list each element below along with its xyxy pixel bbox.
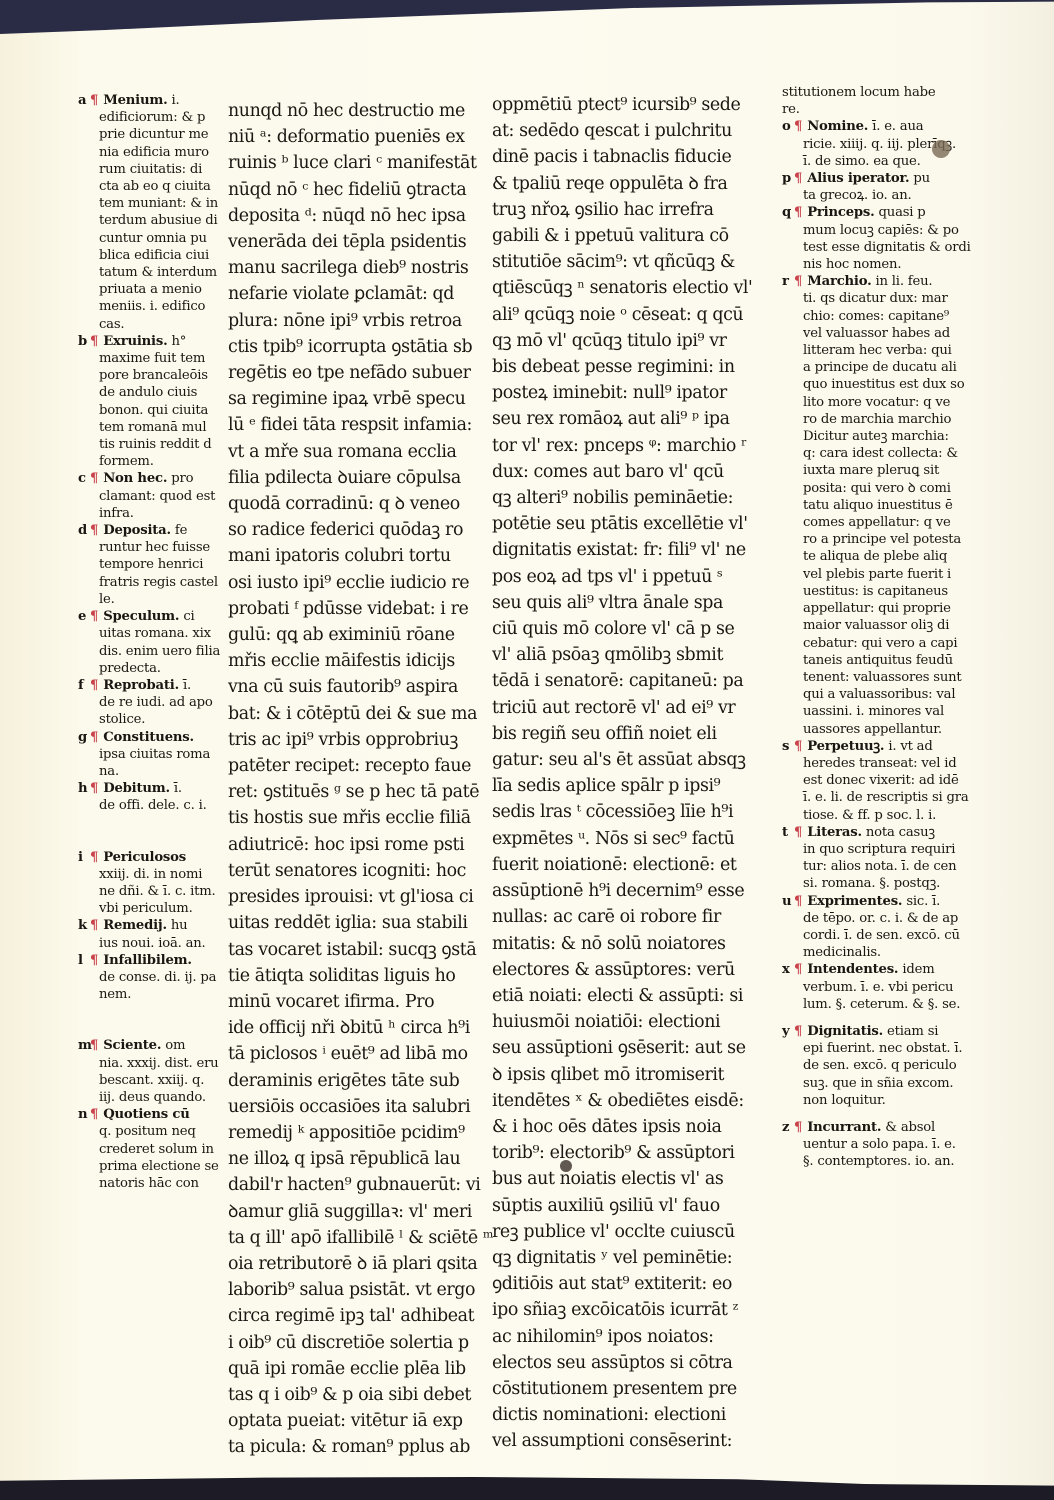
text-line: electores & assūptores: verū <box>492 957 777 983</box>
note-letter: b <box>78 333 90 350</box>
pilcrow-icon: ¶ <box>794 894 802 909</box>
text-line: qui a valuassoribus: val <box>803 686 987 703</box>
lemma: Exprimentes. <box>807 894 902 909</box>
text-line: infra. <box>99 505 218 522</box>
gloss-note-head: t¶Literas. nota casuꝫ <box>782 824 987 841</box>
text-line: meniis. i. edifico <box>99 298 218 315</box>
text-line: dignitatis existat: fr: fili⁹ vl' ne <box>492 537 777 563</box>
lemma: Remedij. <box>103 918 167 933</box>
gloss-note-z: z¶Incurrant. & absoluentur a solo papa. … <box>782 1119 987 1171</box>
lemma-tail: pu <box>913 171 930 186</box>
text-line: vel assumptioni consēserint: <box>492 1428 777 1454</box>
text-line: bis debeat pesse regimini: in <box>492 354 777 380</box>
text-line: xxiij. di. in nomi <box>99 866 218 883</box>
text-line: qꝫ dignitatis ʸ vel peminētie: <box>492 1245 777 1271</box>
lemma-tail: i. <box>172 93 180 108</box>
text-line: quo inuestitus est dux so <box>803 376 987 393</box>
gloss-continuation-line: stitutionem locum habe <box>782 84 987 101</box>
pilcrow-icon: ¶ <box>90 609 98 624</box>
text-line: optata pueiat: vitētur iā exp <box>228 1408 486 1434</box>
text-line: truꝫ nřoꝝ ꝯsilio hac irrefra <box>492 197 777 223</box>
text-line: tem muniant: & in <box>99 195 218 212</box>
text-line: tor vl' rex: pnceps ᵠ: marchio ʳ <box>492 433 777 459</box>
lemma: Literas. <box>807 825 862 840</box>
gloss-note-head: e¶Speculum. ci <box>78 608 218 625</box>
text-line: vt a mře sua romana ecclia <box>228 439 486 465</box>
pilcrow-icon: ¶ <box>90 1038 98 1053</box>
lemma-tail: nota casuꝫ <box>866 825 935 840</box>
text-line: qtiēscūqꝫ ⁿ senatoris electio vl' <box>492 275 777 301</box>
gloss-note-head: g¶Constituens. <box>78 729 218 746</box>
text-line: uestitus: is capitaneus <box>803 583 987 600</box>
text-line: vna cū suis fautorib⁹ aspira <box>228 674 486 700</box>
text-line: ta q ill' apō ifallibilē ˡ & sciētē ᵐ <box>228 1225 486 1251</box>
text-line: ī. e. li. de rescriptis si gra <box>803 789 987 806</box>
gloss-note-a: a¶Menium. i.edificiorum: & pprie dicuntu… <box>78 92 218 333</box>
text-line: adiutricē: hoc ipsi rome psti <box>228 832 486 858</box>
gloss-note-head: f¶Reprobati. ī. <box>78 677 218 694</box>
lemma: Constituens. <box>103 730 194 745</box>
text-line: cordi. ī. de sen. excō. cū <box>803 927 987 944</box>
pilcrow-icon: ¶ <box>90 781 98 796</box>
text-line: non loquitur. <box>803 1092 987 1109</box>
text-line: ctis tpib⁹ icorrupta ꝯstātia sb <box>228 334 486 360</box>
scan-shadow-bottom <box>0 1468 1054 1500</box>
text-line: litteram hec verba: qui <box>803 342 987 359</box>
note-letter: z <box>782 1119 794 1136</box>
text-line: & i hoc oēs dātes ipsis noia <box>492 1114 777 1140</box>
text-line: verbum. ī. e. vbi pericu <box>803 979 987 996</box>
text-line: patēter recipet: recepto faue <box>228 753 486 779</box>
text-line: formem. <box>99 453 218 470</box>
text-line: a principe de ducatu ali <box>803 359 987 376</box>
text-line: de re iudi. ad apo <box>99 694 218 711</box>
text-line: uentur a solo papa. ī. e. <box>803 1136 987 1153</box>
pilcrow-icon: ¶ <box>90 918 98 933</box>
text-line: huiusmōi noiatiōi: electioni <box>492 1009 777 1035</box>
text-line: mitatis: & nō solū noiatores <box>492 931 777 957</box>
text-line: ro a principe vel potesta <box>803 531 987 548</box>
text-line: ro de marchia marchio <box>803 411 987 428</box>
text-line: tem romanā mul <box>99 419 218 436</box>
spacer <box>782 1109 987 1119</box>
text-line: ꝯditiōis aut stat⁹ extiterit: eo <box>492 1271 777 1297</box>
lemma-tail: sic. ī. <box>906 894 940 909</box>
text-line: triciū aut rectorē vl' ad ei⁹ vr <box>492 695 777 721</box>
lemma-tail: idem <box>902 962 934 977</box>
text-line: heredes transeat: vel id <box>803 755 987 772</box>
text-line: reꝫ publice vl' occlte cuiuscū <box>492 1219 777 1245</box>
text-line: vel plebis parte fuerit i <box>803 566 987 583</box>
text-line: fuerit noiationē: electionē: et <box>492 852 777 878</box>
text-line: runtur hec fuisse <box>99 539 218 556</box>
gloss-note-head: o¶Nomine. ī. e. aua <box>782 118 987 135</box>
gloss-note-c: c¶Non hec. proclamant: quod estinfra. <box>78 470 218 522</box>
text-line: taneis antiquitus feudū <box>803 652 987 669</box>
gloss-note-head: k¶Remedij. hu <box>78 917 218 934</box>
text-line: mřis ecclie māifestis idicijs <box>228 648 486 674</box>
text-line: lū ᵉ fidei tāta respsit infamia: <box>228 412 486 438</box>
note-letter: i <box>78 849 90 866</box>
gloss-note-head: l¶Infallibilem. <box>78 952 218 969</box>
text-line: etiā noiati: electi & assūpti: si <box>492 983 777 1009</box>
text-line: tatu aliquo inuestitus ē <box>803 497 987 514</box>
pilcrow-icon: ¶ <box>90 678 98 693</box>
text-line: ac nihilomin⁹ ipos noiatos: <box>492 1324 777 1350</box>
pilcrow-icon: ¶ <box>794 274 802 289</box>
lemma: Nomine. <box>807 119 868 134</box>
text-line: manu sacrilega dieb⁹ nostris <box>228 255 486 281</box>
text-line: oia retributorē ꝺ iā plari qsita <box>228 1251 486 1277</box>
lemma: Speculum. <box>103 609 179 624</box>
pilcrow-icon: ¶ <box>794 825 802 840</box>
text-line: maxime fuit tem <box>99 350 218 367</box>
lemma: Exruinis. <box>103 334 167 349</box>
spacer <box>78 815 218 849</box>
lemma: Periculosos <box>103 850 186 865</box>
text-line: qꝫ mō vl' qcūqꝫ titulo ipi⁹ vr <box>492 328 777 354</box>
text-line: pore brancaleōis <box>99 367 218 384</box>
text-line: vl' aliā psōaꝫ qmōlibꝫ sbmit <box>492 642 777 668</box>
gloss-note-head: a¶Menium. i. <box>78 92 218 109</box>
text-line: in quo scriptura requiri <box>803 841 987 858</box>
text-line: nia edificia muro <box>99 144 218 161</box>
pilcrow-icon: ¶ <box>794 119 802 134</box>
text-line: uitas romana. xix <box>99 625 218 642</box>
text-line: fratris regis castel <box>99 574 218 591</box>
lemma: Deposita. <box>103 523 171 538</box>
text-line: venerāda dei tēpla psidentis <box>228 229 486 255</box>
text-line: iuxta mare pleruꝗ sit <box>803 462 987 479</box>
text-line: stitutiōe sācim⁹: vt qñcūqꝫ & <box>492 249 777 275</box>
text-line: ī. de simo. ea que. <box>803 153 987 170</box>
gloss-note-p: p¶Alius iperator. puta grecoꝝ. io. an. <box>782 170 987 204</box>
note-letter: y <box>782 1023 794 1040</box>
gloss-note-head: q¶Princeps. quasi p <box>782 204 987 221</box>
text-line: nem. <box>99 986 218 1003</box>
gloss-note-d: d¶Deposita. feruntur hec fuissetempore h… <box>78 522 218 608</box>
lemma-tail: ī. e. aua <box>872 119 923 134</box>
text-line: ta grecoꝝ. io. an. <box>803 187 987 204</box>
text-line: bat: & i cōtēptū dei & sue ma <box>228 701 486 727</box>
text-line: rum ciuitatis: di <box>99 161 218 178</box>
lemma: Menium. <box>103 93 167 108</box>
text-line: prie dicuntur me <box>99 126 218 143</box>
scan-shadow-top <box>0 0 1054 40</box>
lemma-tail: hu <box>171 918 188 933</box>
gloss-note-s: s¶Perpetuuꝫ. i. vt adheredes transeat: v… <box>782 738 987 824</box>
text-line: test esse dignitatis & ordi <box>803 239 987 256</box>
text-line: si. romana. §. postqꝫ. <box>803 875 987 892</box>
note-letter: l <box>78 952 90 969</box>
text-line: tas q i oib⁹ & p oia sibi debet <box>228 1382 486 1408</box>
main-text-column-1: nunqd nō hec destructio meniū ᵃ: deforma… <box>228 98 486 1461</box>
gloss-note-head: r¶Marchio. in li. feu. <box>782 273 987 290</box>
gloss-note-m: m¶Sciente. omnia. xxxij. dist. erubescan… <box>78 1037 218 1106</box>
text-line: epi fuerint. nec obstat. ī. <box>803 1040 987 1057</box>
text-line: uassores appellantur. <box>803 721 987 738</box>
spacer <box>782 1013 987 1023</box>
text-line: tā piclosos ⁱ euēt⁹ ad libā mo <box>228 1041 486 1067</box>
text-line: so radice federici quōdaꝫ ro <box>228 517 486 543</box>
text-line: suꝫ. que in sñia excom. <box>803 1075 987 1092</box>
text-line: līa sedis aplice spālr p ipsi⁹ <box>492 773 777 799</box>
text-line: na. <box>99 763 218 780</box>
note-letter: x <box>782 961 794 978</box>
lemma: Princeps. <box>807 205 874 220</box>
lemma: Alius iperator. <box>807 171 909 186</box>
text-line: uersiōis occasiōes ita salubri <box>228 1094 486 1120</box>
gloss-note-i: i¶Periculosos xxiij. di. in nomine dñi. … <box>78 849 218 918</box>
lemma-tail: fe <box>175 523 187 538</box>
text-line: natoris hāc con <box>99 1175 218 1192</box>
text-line: deposita ᵈ: nūqd nō hec ipsa <box>228 203 486 229</box>
text-line: & tpaliū reqe oppulēta ꝺ fra <box>492 171 777 197</box>
pilcrow-icon: ¶ <box>90 1107 98 1122</box>
lemma: Non hec. <box>103 471 167 486</box>
text-line: tis hostis sue mřis ecclie filiā <box>228 805 486 831</box>
lemma: Marchio. <box>807 274 871 289</box>
pilcrow-icon: ¶ <box>90 523 98 538</box>
text-line: q. positum neq <box>99 1123 218 1140</box>
gloss-continuation-line: re. <box>782 101 987 118</box>
ink-stain <box>560 1160 572 1172</box>
lemma: Reprobati. <box>103 678 179 693</box>
lemma-tail: pro <box>171 471 193 486</box>
left-gloss-column: a¶Menium. i.edificiorum: & pprie dicuntu… <box>78 92 218 1192</box>
text-line: pos eoꝝ ad tps vl' i ppetuū ˢ <box>492 564 777 590</box>
lemma-tail: i. vt ad <box>888 739 932 754</box>
pilcrow-icon: ¶ <box>90 730 98 745</box>
pilcrow-icon: ¶ <box>794 739 802 754</box>
text-line: potētie seu ptātis excellētie vl' <box>492 511 777 537</box>
text-line: tatum & interdum <box>99 264 218 281</box>
text-line: nis hoc nomen. <box>803 256 987 273</box>
note-letter: g <box>78 729 90 746</box>
gloss-note-b: b¶Exruinis. h°maxime fuit tempore branca… <box>78 333 218 471</box>
lemma-tail: ī. <box>174 781 182 796</box>
pilcrow-icon: ¶ <box>794 171 802 186</box>
text-line: iij. deus quando. <box>99 1089 218 1106</box>
gloss-note-head: p¶Alius iperator. pu <box>782 170 987 187</box>
gloss-note-head: h¶Debitum. ī. <box>78 780 218 797</box>
gloss-note-head: s¶Perpetuuꝫ. i. vt ad <box>782 738 987 755</box>
text-line: te aliqua de plebe aliq <box>803 548 987 565</box>
text-line: medicinalis. <box>803 944 987 961</box>
text-line: seu rex romāoꝝ aut ali⁹ ᵖ ipa <box>492 406 777 432</box>
text-line: vbi periculum. <box>99 900 218 917</box>
text-line: ne dñi. & ī. c. itm. <box>99 883 218 900</box>
note-letter: t <box>782 824 794 841</box>
text-line: ricie. xiiij. q. iij. plerīqꝫ. <box>803 136 987 153</box>
text-line: nullas: ac carē oi robore fir <box>492 904 777 930</box>
text-line: blica edificia ciui <box>99 247 218 264</box>
note-letter: m <box>78 1037 90 1054</box>
text-line: uassini. i. minores val <box>803 703 987 720</box>
text-line: de andulo ciuis <box>99 384 218 401</box>
text-line: electos seu assūptos si cōtra <box>492 1350 777 1376</box>
text-line: §. contemptores. io. an. <box>803 1153 987 1170</box>
note-letter: h <box>78 780 90 797</box>
note-letter: p <box>782 170 794 187</box>
text-line: vel valuassor habes ad <box>803 325 987 342</box>
text-line: seu assūptioni ꝯsēserit: aut se <box>492 1035 777 1061</box>
text-line: ciū quis mō colore vl' cā p se <box>492 616 777 642</box>
pilcrow-icon: ¶ <box>90 334 98 349</box>
text-line: bus aut noiatis electis vl' as <box>492 1166 777 1192</box>
text-line: bis regiñ seu offiñ noiet eli <box>492 721 777 747</box>
gloss-note-head: c¶Non hec. pro <box>78 470 218 487</box>
note-letter: c <box>78 470 90 487</box>
note-letter: q <box>782 204 794 221</box>
lemma-tail: ci <box>183 609 194 624</box>
text-line: comes appellatur: q ve <box>803 514 987 531</box>
gloss-note-q: q¶Princeps. quasi pmum locuꝫ capiēs: & p… <box>782 204 987 273</box>
text-line: minū vocaret ifirma. Pro <box>228 989 486 1015</box>
text-line: cas. <box>99 316 218 333</box>
text-line: le. <box>99 591 218 608</box>
note-letter: e <box>78 608 90 625</box>
pilcrow-icon: ¶ <box>794 1120 802 1135</box>
text-line: ipo sñiaꝫ excōicatōis icurrāt ᶻ <box>492 1297 777 1323</box>
right-gloss-column: stitutionem locum habe re. o¶Nomine. ī. … <box>782 84 987 1171</box>
text-line: gatur: seu al's ēt assūat absqꝫ <box>492 747 777 773</box>
note-letter: d <box>78 522 90 539</box>
text-line: tas vocaret istabil: sucqꝫ ꝯstā <box>228 937 486 963</box>
manuscript-page: a¶Menium. i.edificiorum: & pprie dicuntu… <box>0 0 1054 1500</box>
text-line: lum. §. ceterum. & §. se. <box>803 996 987 1013</box>
text-line: nunqd nō hec destructio me <box>228 98 486 124</box>
text-line: cta ab eo q ciuita <box>99 178 218 195</box>
lemma-tail: quasi p <box>879 205 926 220</box>
text-line: deraminis erigētes tāte sub <box>228 1068 486 1094</box>
gloss-note-head: y¶Dignitatis. etiam si <box>782 1023 987 1040</box>
gloss-note-head: u¶Exprimentes. sic. ī. <box>782 893 987 910</box>
note-letter: n <box>78 1106 90 1123</box>
text-line: prima electione se <box>99 1158 218 1175</box>
text-line: regētis eo tpe nefādo subuer <box>228 360 486 386</box>
text-line: priuata a menio <box>99 281 218 298</box>
text-line: dinē pacis i tabnaclis fiducie <box>492 144 777 170</box>
gloss-note-head: z¶Incurrant. & absol <box>782 1119 987 1136</box>
note-letter: o <box>782 118 794 135</box>
text-line: qꝫ alteri⁹ nobilis pemināetie: <box>492 485 777 511</box>
spacer <box>78 1003 218 1037</box>
text-line: tris ac ipi⁹ vrbis opprobriuꝫ <box>228 727 486 753</box>
text-line: cuntur omnia pu <box>99 230 218 247</box>
text-line: oppmētiū ptect⁹ icursib⁹ sede <box>492 92 777 118</box>
gloss-note-r: r¶Marchio. in li. feu.ti. qs dicatur dux… <box>782 273 987 737</box>
pilcrow-icon: ¶ <box>794 205 802 220</box>
gloss-note-o: o¶Nomine. ī. e. auaricie. xiiij. q. iij.… <box>782 118 987 170</box>
text-line: posteꝝ iminebit: null⁹ ipator <box>492 380 777 406</box>
text-line: de offi. dele. c. i. <box>99 797 218 814</box>
text-line: tis ruinis reddit d <box>99 436 218 453</box>
text-line: nūqd nō ᶜ hec fideliū ꝯtracta <box>228 177 486 203</box>
gloss-note-head: b¶Exruinis. h° <box>78 333 218 350</box>
lemma: Intendentes. <box>807 962 898 977</box>
text-line: dictis nominationi: electioni <box>492 1402 777 1428</box>
gloss-note-f: f¶Reprobati. ī.de re iudi. ad apostolice… <box>78 677 218 729</box>
text-line: tempore henrici <box>99 556 218 573</box>
text-line: predecta. <box>99 660 218 677</box>
text-line: itendētes ˣ & obediētes eisdē: <box>492 1088 777 1114</box>
text-line: ꝺ ipsis qlibet mō itromiserit <box>492 1062 777 1088</box>
text-line: ide officij nři ꝺbitū ʰ circa h⁹i <box>228 1015 486 1041</box>
text-line: presides iprouisi: vt gl'iosa ci <box>228 884 486 910</box>
text-line: ret: ꝯstituēs ᵍ se p hec tā patē <box>228 779 486 805</box>
text-line: ruinis ᵇ luce clari ᶜ manifestāt <box>228 150 486 176</box>
text-line: de sen. excō. q periculo <box>803 1057 987 1074</box>
lemma-tail: h° <box>171 334 186 349</box>
text-line: crederet solum in <box>99 1141 218 1158</box>
text-line: mani ipatoris colubri tortu <box>228 543 486 569</box>
pilcrow-icon: ¶ <box>90 471 98 486</box>
gloss-note-k: k¶Remedij. huius noui. ioā. an. <box>78 917 218 951</box>
text-line: laborib⁹ salua psistāt. vt ergo <box>228 1277 486 1303</box>
lemma: Incurrant. <box>807 1120 881 1135</box>
lemma: Dignitatis. <box>807 1024 883 1039</box>
text-line: niū ᵃ: deformatio pueniēs ex <box>228 124 486 150</box>
gloss-note-t: t¶Literas. nota casuꝫin quo scriptura re… <box>782 824 987 893</box>
gloss-note-l: l¶Infallibilem. de conse. di. ij. panem. <box>78 952 218 1004</box>
gloss-note-n: n¶Quotiens cū q. positum neqcrederet sol… <box>78 1106 218 1192</box>
text-line: bescant. xxiij. q. <box>99 1072 218 1089</box>
gloss-note-x: x¶Intendentes. idemverbum. ī. e. vbi per… <box>782 961 987 1013</box>
pilcrow-icon: ¶ <box>90 953 98 968</box>
text-line: at: sedēdo qescat i pulchritu <box>492 118 777 144</box>
text-line: terdum abusiue di <box>99 212 218 229</box>
gloss-note-head: i¶Periculosos <box>78 849 218 866</box>
gloss-note-g: g¶Constituens. ipsa ciuitas romana. <box>78 729 218 781</box>
gloss-note-h: h¶Debitum. ī.de offi. dele. c. i. <box>78 780 218 814</box>
gloss-note-head: n¶Quotiens cū <box>78 1106 218 1123</box>
note-letter: k <box>78 917 90 934</box>
text-line: maior valuassor oliꝫ di <box>803 617 987 634</box>
text-line: ta picula: & roman⁹ pplus ab <box>228 1434 486 1460</box>
text-line: dis. enim uero filia <box>99 643 218 660</box>
gloss-note-head: m¶Sciente. om <box>78 1037 218 1054</box>
text-line: quodā corradinū: q ꝺ veneo <box>228 491 486 517</box>
text-line: remedij ᵏ appositiōe pcidim⁹ <box>228 1120 486 1146</box>
pilcrow-icon: ¶ <box>794 962 802 977</box>
text-line: sa regimine ipaꝝ vrbē specu <box>228 386 486 412</box>
gloss-note-head: d¶Deposita. fe <box>78 522 218 539</box>
lemma-tail: ī. <box>183 678 191 693</box>
note-letter: s <box>782 738 794 755</box>
pilcrow-icon: ¶ <box>90 93 98 108</box>
text-line: ꝺamur gliā suggillaꝛ: vl' meri <box>228 1199 486 1225</box>
text-line: lito more vocatur: q ve <box>803 394 987 411</box>
text-line: osi iusto ipi⁹ ecclie iudicio re <box>228 570 486 596</box>
lemma: Debitum. <box>103 781 170 796</box>
text-line: plura: nōne ipi⁹ vrbis retroa <box>228 308 486 334</box>
text-line: sedis lras ᵗ cōcessiōeꝫ līie h⁹i <box>492 799 777 825</box>
text-line: tur: alios nota. ī. de cen <box>803 858 987 875</box>
text-line: posita: qui vero ꝺ comi <box>803 480 987 497</box>
text-line: sūptis auxiliū ꝯsiliū vl' fauo <box>492 1193 777 1219</box>
lemma: Sciente. <box>103 1038 161 1053</box>
gloss-note-e: e¶Speculum. ciuitas romana. xixdis. enim… <box>78 608 218 677</box>
main-text-column-2: oppmētiū ptect⁹ icursib⁹ sedeat: sedēdo … <box>492 92 777 1455</box>
text-line: chio: comes: capitane⁹ <box>803 308 987 325</box>
text-line: bonon. qui ciuita <box>99 402 218 419</box>
text-line: uitas reddēt iglia: sua stabili <box>228 910 486 936</box>
text-line: nia. xxxij. dist. eru <box>99 1055 218 1072</box>
lemma: Infallibilem. <box>103 953 192 968</box>
text-line: nefarie violate ꝑclamāt: qd <box>228 281 486 307</box>
text-line: dux: comes aut baro vl' qcū <box>492 459 777 485</box>
